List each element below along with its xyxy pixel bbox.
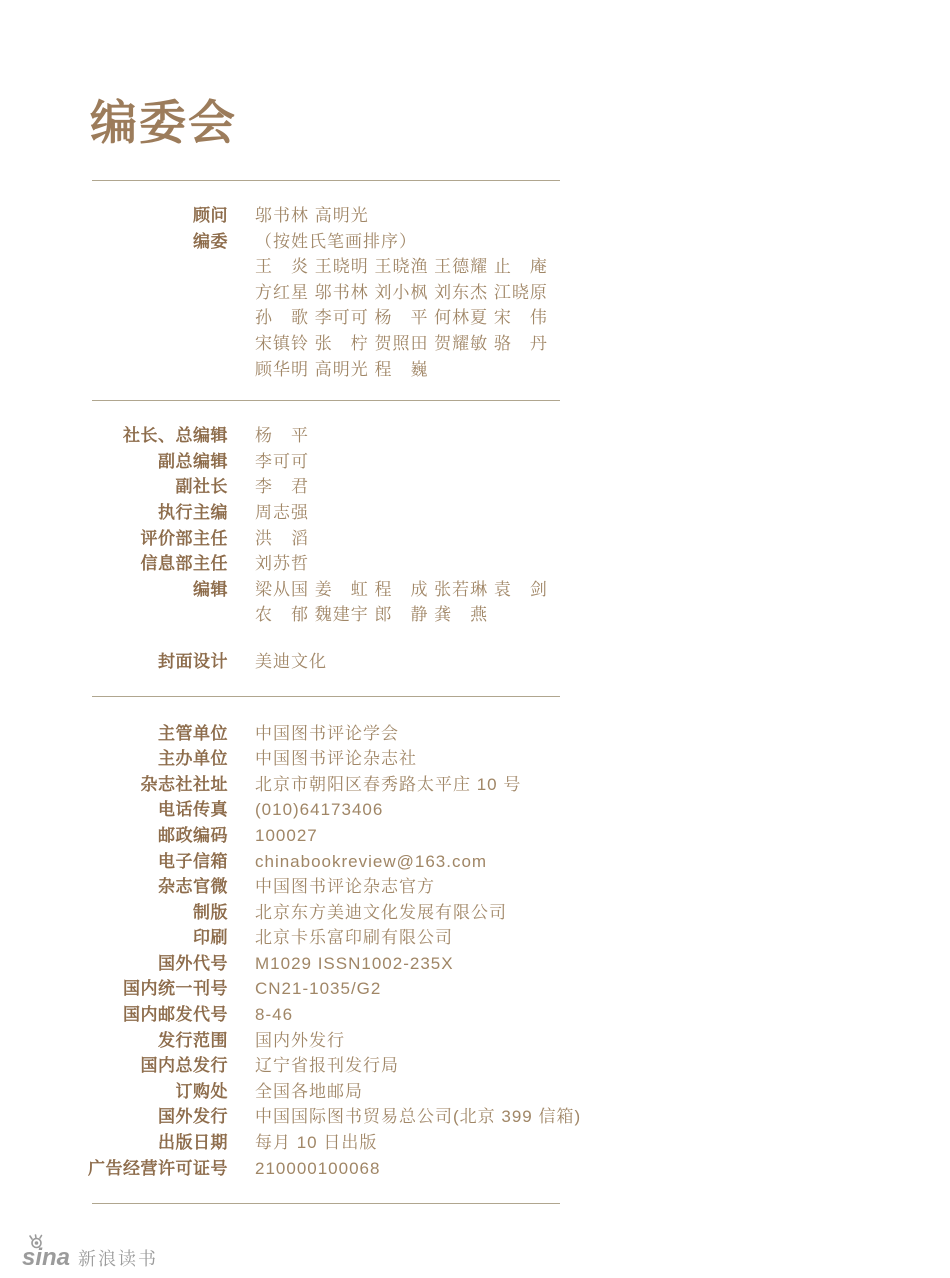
row-value-line: 北京卡乐富印刷有限公司	[255, 925, 453, 951]
row-value-line: 100027	[255, 823, 318, 849]
sina-reading-label: 新浪读书	[78, 1250, 158, 1270]
info-row: 电子信箱chinabookreview@163.com	[0, 849, 950, 875]
row-value-line: 国内外发行	[255, 1028, 345, 1054]
row-value-line: 刘苏哲	[255, 551, 309, 577]
row-value-line: （按姓氏笔画排序）	[255, 229, 548, 255]
section-advisors: 顾问邬书林 高明光编委（按姓氏笔画排序）王 炎 王晓明 王晓渔 王德耀 止 庵方…	[0, 203, 950, 382]
info-row: 电话传真(010)64173406	[0, 797, 950, 823]
row-value-line: 梁从国 姜 虹 程 成 张若琳 袁 剑	[255, 577, 548, 603]
info-row: 订购处全国各地邮局	[0, 1079, 950, 1105]
row-value-line: M1029 ISSN1002-235X	[255, 951, 454, 977]
divider-bottom	[92, 1203, 560, 1204]
info-row: 邮政编码100027	[0, 823, 950, 849]
row-value-line: 中国国际图书贸易总公司(北京 399 信箱)	[255, 1104, 581, 1130]
row-label: 国外代号	[0, 951, 228, 977]
row-label: 封面设计	[0, 649, 228, 675]
row-value: 中国国际图书贸易总公司(北京 399 信箱)	[255, 1104, 581, 1130]
row-label: 出版日期	[0, 1130, 228, 1156]
info-row: 出版日期每月 10 日出版	[0, 1130, 950, 1156]
row-value-line: 北京东方美迪文化发展有限公司	[255, 900, 507, 926]
row-value-line: 李 君	[255, 474, 309, 500]
row-value: （按姓氏笔画排序）王 炎 王晓明 王晓渔 王德耀 止 庵方红星 邬书林 刘小枫 …	[255, 229, 548, 383]
info-row: 执行主编周志强	[0, 500, 950, 526]
row-value-line: 王 炎 王晓明 王晓渔 王德耀 止 庵	[255, 254, 548, 280]
row-value-line: 方红星 邬书林 刘小枫 刘东杰 江晓原	[255, 280, 548, 306]
row-value: 国内外发行	[255, 1028, 345, 1054]
row-value: (010)64173406	[255, 797, 383, 823]
row-value: 美迪文化	[255, 649, 327, 675]
row-value: 李可可	[255, 449, 309, 475]
info-row: 印刷北京卡乐富印刷有限公司	[0, 925, 950, 951]
row-value-line: 邬书林 高明光	[255, 203, 369, 229]
info-row: 国内统一刊号CN21-1035/G2	[0, 976, 950, 1002]
info-row: 主管单位中国图书评论学会	[0, 721, 950, 747]
row-value: 北京市朝阳区春秀路太平庄 10 号	[255, 772, 521, 798]
row-value-line: 中国图书评论学会	[255, 721, 399, 747]
row-value-line: 中国图书评论杂志官方	[255, 874, 435, 900]
row-value-line: 洪 滔	[255, 526, 309, 552]
row-value: 210000100068	[255, 1156, 380, 1182]
row-label: 国内统一刊号	[0, 976, 228, 1002]
row-value-line: 全国各地邮局	[255, 1079, 363, 1105]
sina-logo-text: sina	[22, 1246, 70, 1270]
row-label: 电话传真	[0, 797, 228, 823]
row-value: 刘苏哲	[255, 551, 309, 577]
info-row: 信息部主任刘苏哲	[0, 551, 950, 577]
row-value-line: 8-46	[255, 1002, 293, 1028]
info-row: 编辑梁从国 姜 虹 程 成 张若琳 袁 剑农 郁 魏建宇 郎 静 龚 燕	[0, 577, 950, 628]
row-label: 发行范围	[0, 1028, 228, 1054]
divider-middle-2	[92, 696, 560, 697]
row-value: 每月 10 日出版	[255, 1130, 377, 1156]
row-value-line: 农 郁 魏建宇 郎 静 龚 燕	[255, 602, 548, 628]
row-label: 编辑	[0, 577, 228, 603]
sina-reading-logo: sina 新浪读书	[22, 1246, 158, 1270]
page-title: 编委会	[90, 0, 950, 150]
row-value-line: 北京市朝阳区春秀路太平庄 10 号	[255, 772, 521, 798]
row-label: 电子信箱	[0, 849, 228, 875]
info-row: 封面设计美迪文化	[0, 649, 950, 675]
info-row: 制版北京东方美迪文化发展有限公司	[0, 900, 950, 926]
divider-top	[92, 180, 560, 181]
row-label: 广告经营许可证号	[0, 1156, 228, 1182]
info-row: 国内邮发代号8-46	[0, 1002, 950, 1028]
sina-eye-icon	[28, 1233, 48, 1249]
row-value-line: (010)64173406	[255, 797, 383, 823]
row-value-line: 孙 歌 李可可 杨 平 何林夏 宋 伟	[255, 305, 548, 331]
info-row: 副社长李 君	[0, 474, 950, 500]
row-label: 制版	[0, 900, 228, 926]
info-row: 杂志官微中国图书评论杂志官方	[0, 874, 950, 900]
row-value: 中国图书评论杂志官方	[255, 874, 435, 900]
row-value-line: 中国图书评论杂志社	[255, 746, 417, 772]
row-value: 全国各地邮局	[255, 1079, 363, 1105]
row-value-line: 210000100068	[255, 1156, 380, 1182]
row-value: 杨 平	[255, 423, 309, 449]
row-value-line: 辽宁省报刊发行局	[255, 1053, 399, 1079]
row-value-line: CN21-1035/G2	[255, 976, 381, 1002]
info-row: 主办单位中国图书评论杂志社	[0, 746, 950, 772]
row-value: 中国图书评论学会	[255, 721, 399, 747]
row-value: 周志强	[255, 500, 309, 526]
row-label: 副社长	[0, 474, 228, 500]
row-value-line: 每月 10 日出版	[255, 1130, 377, 1156]
row-label: 邮政编码	[0, 823, 228, 849]
row-value: 8-46	[255, 1002, 293, 1028]
row-label: 杂志官微	[0, 874, 228, 900]
info-row: 国外发行中国国际图书贸易总公司(北京 399 信箱)	[0, 1104, 950, 1130]
row-label: 主办单位	[0, 746, 228, 772]
row-value-line: chinabookreview@163.com	[255, 849, 487, 875]
divider-middle-1	[92, 400, 560, 401]
row-value: 李 君	[255, 474, 309, 500]
info-row: 发行范围国内外发行	[0, 1028, 950, 1054]
row-value-line: 李可可	[255, 449, 309, 475]
section-staff: 社长、总编辑杨 平副总编辑李可可副社长李 君执行主编周志强评价部主任洪 滔信息部…	[0, 423, 950, 674]
row-value: 中国图书评论杂志社	[255, 746, 417, 772]
colophon-page: 编委会 顾问邬书林 高明光编委（按姓氏笔画排序）王 炎 王晓明 王晓渔 王德耀 …	[0, 0, 950, 1278]
row-value: 邬书林 高明光	[255, 203, 369, 229]
info-row: 国外代号M1029 ISSN1002-235X	[0, 951, 950, 977]
info-row: 社长、总编辑杨 平	[0, 423, 950, 449]
row-label: 副总编辑	[0, 449, 228, 475]
row-label: 印刷	[0, 925, 228, 951]
row-value: M1029 ISSN1002-235X	[255, 951, 454, 977]
section-publication: 主管单位中国图书评论学会主办单位中国图书评论杂志社杂志社社址北京市朝阳区春秀路太…	[0, 721, 950, 1182]
row-value: 北京东方美迪文化发展有限公司	[255, 900, 507, 926]
row-value: 100027	[255, 823, 318, 849]
row-label: 顾问	[0, 203, 228, 229]
row-label: 评价部主任	[0, 526, 228, 552]
info-row: 评价部主任洪 滔	[0, 526, 950, 552]
info-row: 顾问邬书林 高明光	[0, 203, 950, 229]
info-row: 国内总发行辽宁省报刊发行局	[0, 1053, 950, 1079]
info-row: 编委（按姓氏笔画排序）王 炎 王晓明 王晓渔 王德耀 止 庵方红星 邬书林 刘小…	[0, 229, 950, 383]
row-value-line: 杨 平	[255, 423, 309, 449]
row-label: 国内邮发代号	[0, 1002, 228, 1028]
row-value-line: 宋镇铃 张 柠 贺照田 贺耀敏 骆 丹	[255, 331, 548, 357]
row-label: 国外发行	[0, 1104, 228, 1130]
row-value-line: 美迪文化	[255, 649, 327, 675]
row-label: 杂志社社址	[0, 772, 228, 798]
row-value-line: 顾华明 高明光 程 巍	[255, 357, 548, 383]
info-row: 杂志社社址北京市朝阳区春秀路太平庄 10 号	[0, 772, 950, 798]
row-value: chinabookreview@163.com	[255, 849, 487, 875]
row-label: 执行主编	[0, 500, 228, 526]
row-value: 辽宁省报刊发行局	[255, 1053, 399, 1079]
row-label: 编委	[0, 229, 228, 255]
row-label: 订购处	[0, 1079, 228, 1105]
row-value: 洪 滔	[255, 526, 309, 552]
row-value: 北京卡乐富印刷有限公司	[255, 925, 453, 951]
row-label: 信息部主任	[0, 551, 228, 577]
row-label: 社长、总编辑	[0, 423, 228, 449]
row-value: 梁从国 姜 虹 程 成 张若琳 袁 剑农 郁 魏建宇 郎 静 龚 燕	[255, 577, 548, 628]
row-label: 主管单位	[0, 721, 228, 747]
row-value: CN21-1035/G2	[255, 976, 381, 1002]
info-row: 副总编辑李可可	[0, 449, 950, 475]
info-row: 广告经营许可证号210000100068	[0, 1156, 950, 1182]
row-value-line: 周志强	[255, 500, 309, 526]
row-label: 国内总发行	[0, 1053, 228, 1079]
